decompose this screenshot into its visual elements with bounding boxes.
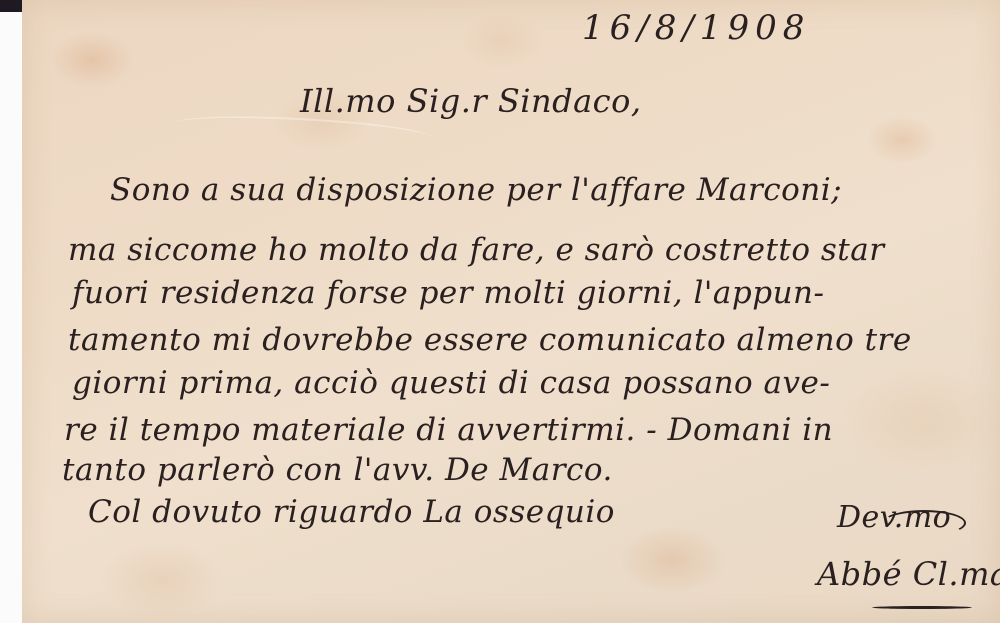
body-line-7: tanto parlerò con l'avv. De Marco. <box>62 452 613 488</box>
body-line-1: Sono a sua disposizione per l'affare Mar… <box>110 172 842 208</box>
scan-edge <box>0 0 22 12</box>
postcard-paper: 16/8/1908 Ill.mo Sig.r Sindaco, Sono a s… <box>22 0 1000 623</box>
signature-line-1: Dev.mo <box>837 500 951 535</box>
body-line-6: re il tempo materiale di avvertirmi. - D… <box>64 412 833 448</box>
body-line-5: giorni prima, acciò questi di casa possa… <box>72 365 830 401</box>
signature-line-2: Abbé Cl.ma <box>817 555 1000 593</box>
postcard-scan: 16/8/1908 Ill.mo Sig.r Sindaco, Sono a s… <box>0 0 1000 623</box>
salutation: Ill.mo Sig.r Sindaco, <box>300 82 642 120</box>
body-line-2: ma siccome ho molto da fare, e sarò cost… <box>68 232 885 268</box>
body-line-4: tamento mi dovrebbe essere comunicato al… <box>68 322 912 358</box>
closing-line: Col dovuto riguardo La ossequio <box>88 494 615 530</box>
body-line-3: fuori residenza forse per molti giorni, … <box>72 275 824 311</box>
signature-underline <box>872 606 972 609</box>
letter-date: 16/8/1908 <box>582 8 810 48</box>
